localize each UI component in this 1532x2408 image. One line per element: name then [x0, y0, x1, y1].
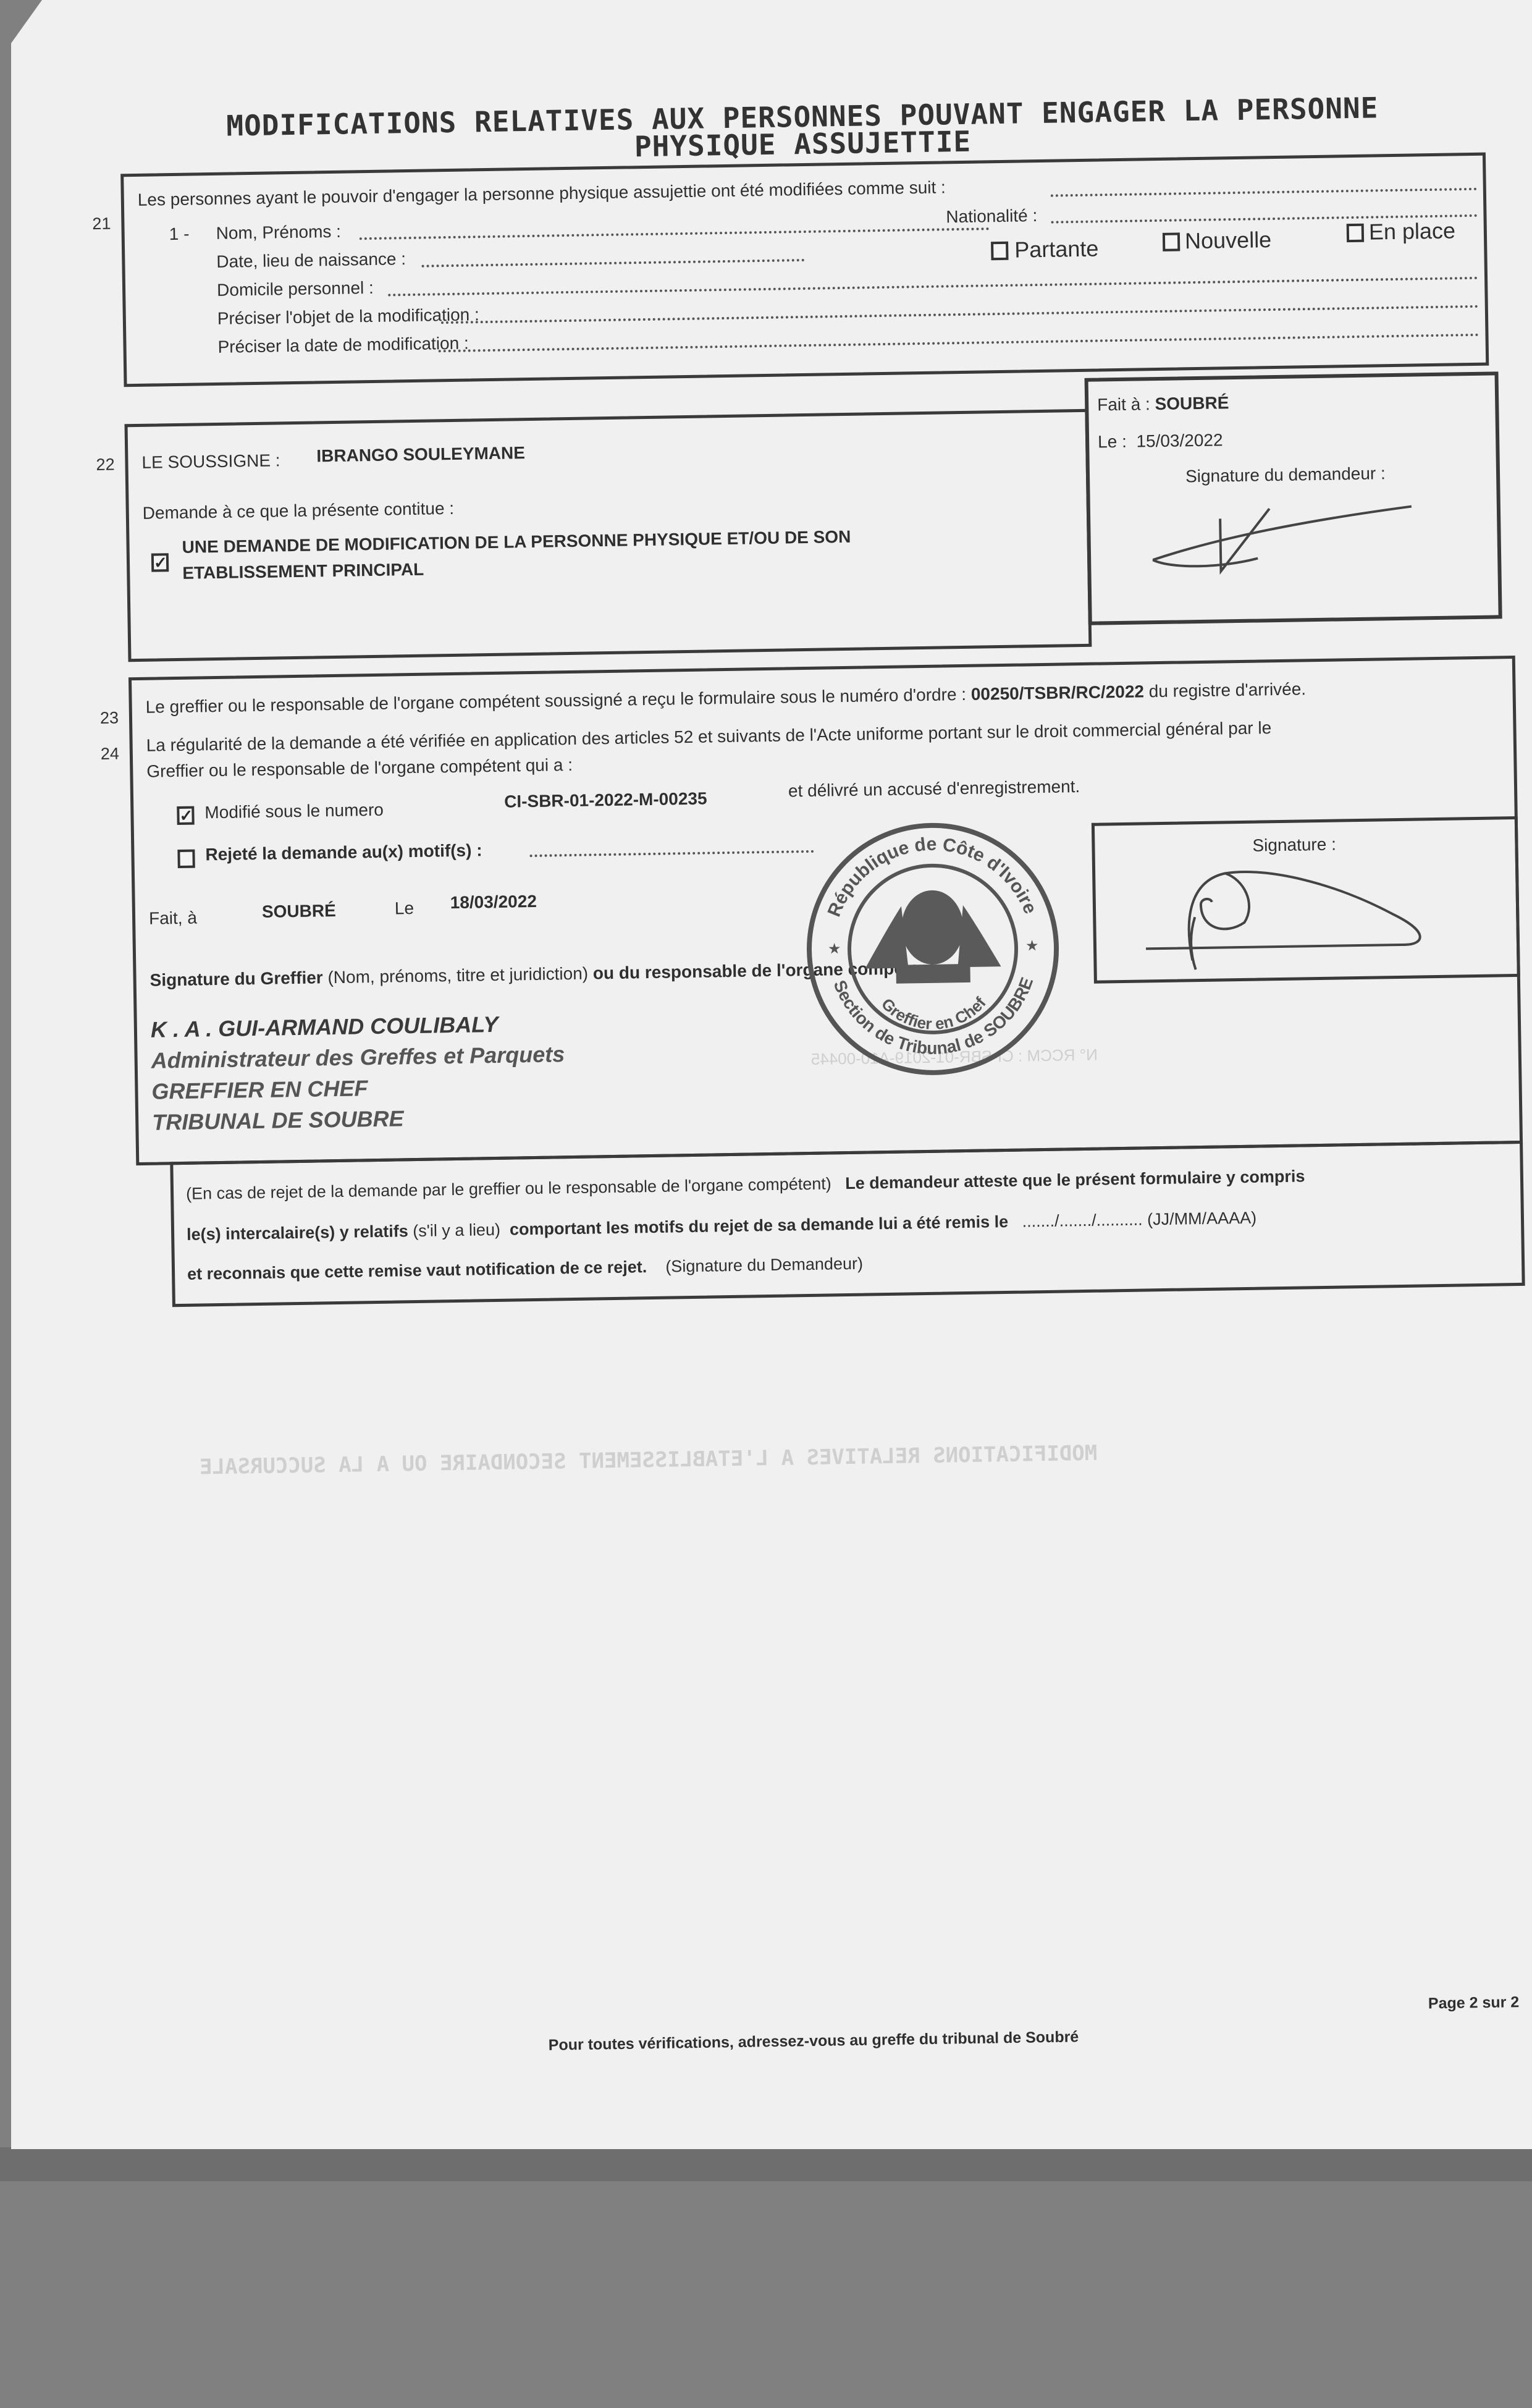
rejet-line-2-normal: (s'il y a lieu)	[413, 1220, 500, 1240]
demande-checkbox[interactable]: ✓	[151, 553, 169, 572]
rejete-label: Rejeté la demande au(x) motif(s) :	[205, 840, 482, 864]
date-naissance-label: Date, lieu de naissance :	[216, 249, 406, 272]
rejet-line-3-bold: et reconnais que cette remise vaut notif…	[187, 1257, 647, 1283]
intro-dots	[1051, 188, 1477, 197]
soussigne-name: IBRANGO SOULEYMANE	[316, 443, 525, 466]
signature-greffier-rest: (Nom, prénoms, titre et juridiction)	[327, 964, 588, 987]
signature-greffier-bold: Signature du Greffier	[149, 968, 322, 989]
fait-a-value: SOUBRÉ	[1155, 393, 1229, 413]
greffier-signature-label: Signature :	[1252, 835, 1336, 856]
rejet-line-1: (En cas de rejet de la demande par le gr…	[186, 1167, 1305, 1203]
greffier-role: GREFFIER EN CHEF	[151, 1075, 368, 1104]
date-naissance-field[interactable]	[422, 259, 805, 268]
greffe-le-label: Le	[395, 898, 415, 918]
en-place-label: En place	[1369, 218, 1456, 245]
rejet-line-2-bold-b: comportant les motifs du rejet de sa dem…	[510, 1212, 1009, 1239]
greffe-fait-a-label: Fait, à	[149, 908, 197, 929]
rejet-line-3-normal: (Signature du Demandeur)	[665, 1254, 863, 1276]
nom-prenoms-label: Nom, Prénoms :	[216, 222, 341, 243]
rejete-checkbox[interactable]	[177, 850, 195, 868]
svg-text:★: ★	[828, 940, 841, 957]
soussigne-label: LE SOUSSIGNE :	[141, 450, 280, 473]
rejet-date-field[interactable]: ......./......./..........	[1022, 1210, 1142, 1231]
section-24-line-1: La régularité de la demande a été vérifi…	[146, 718, 1271, 756]
section-21-intro: Les personnes ayant le pouvoir d'engager…	[138, 177, 946, 210]
signature-greffier	[1132, 856, 1505, 973]
rejet-line-1-bold: Le demandeur atteste que le présent form…	[845, 1167, 1305, 1193]
modifie-label: Modifié sous le numero	[204, 800, 384, 823]
coat-of-arms-icon	[864, 889, 1001, 984]
greffe-le-value: 18/03/2022	[450, 892, 537, 913]
date-modification-label: Préciser la date de modification :	[217, 334, 469, 357]
row-number-23: 23	[100, 708, 119, 727]
section-21-box: Les personnes ayant le pouvoir d'engager…	[120, 153, 1489, 387]
greffier-name: K . A . GUI-ARMAND COULIBALY	[151, 1012, 499, 1043]
form-content: MODIFICATIONS RELATIVES A L'ETABLISSEMEN…	[0, 0, 1532, 2161]
numero-ordre: 00250/TSBR/RC/2022	[971, 682, 1145, 703]
partante-label: Partante	[1014, 235, 1099, 263]
section-23-text: Le greffier ou le responsable de l'organ…	[145, 679, 1306, 717]
nationalite-label: Nationalité :	[946, 206, 1037, 227]
modifie-checkbox[interactable]: ✓	[177, 806, 194, 825]
le-date: Le : 15/03/2022	[1098, 430, 1223, 452]
rejet-line-1-normal: (En cas de rejet de la demande par le gr…	[186, 1174, 831, 1202]
demande-label: Demande à ce que la présente contitue :	[143, 499, 455, 523]
row-number-24: 24	[101, 744, 120, 763]
le-value: 15/03/2022	[1136, 430, 1223, 450]
nom-prenoms-field[interactable]	[360, 227, 990, 240]
demande-option-line-1: UNE DEMANDE DE MODIFICATION DE LA PERSON…	[182, 527, 851, 557]
footer-verification: Pour toutes vérifications, adressez-vous…	[549, 2028, 1079, 2054]
footer-page-number: Page 2 sur 2	[1428, 1993, 1520, 2013]
section-23-text-after: du registre d'arrivée.	[1148, 679, 1306, 701]
item-number: 1 -	[169, 224, 189, 245]
le-label: Le :	[1098, 432, 1127, 452]
demande-option-line-2: ETABLISSEMENT PRINCIPAL	[182, 560, 424, 583]
partante-checkbox[interactable]	[991, 242, 1008, 260]
accuse-text: et délivré un accusé d'enregistrement.	[788, 777, 1080, 801]
rejet-line-2-bold-a: le(s) intercalaire(s) y relatifs	[187, 1222, 408, 1244]
objet-modification-label: Préciser l'objet de la modification :	[217, 305, 479, 329]
rejet-notice-box: (En cas de rejet de la demande par le gr…	[170, 1141, 1525, 1307]
en-place-checkbox[interactable]	[1347, 224, 1364, 242]
objet-modification-field[interactable]	[441, 305, 1479, 324]
svg-text:★: ★	[1025, 937, 1039, 954]
signature-demandeur-label: Signature du demandeur :	[1185, 463, 1386, 486]
greffe-fait-a-value: SOUBRÉ	[262, 901, 336, 922]
domicile-field[interactable]	[388, 277, 1478, 297]
nouvelle-checkbox[interactable]	[1163, 232, 1180, 251]
official-stamp: République de Côte d'Ivoire Section de T…	[801, 817, 1065, 1081]
row-number-22: 22	[96, 455, 115, 475]
svg-text:Greffier en Chef: Greffier en Chef	[878, 993, 990, 1034]
fait-a-label: Fait à : SOUBRÉ	[1097, 393, 1229, 415]
modifie-numero: CI-SBR-01-2022-M-00235	[504, 789, 707, 812]
ghost-heading: MODIFICATIONS RELATIVES A L'ETABLISSEMEN…	[200, 1441, 1098, 1480]
rejete-motifs-field[interactable]	[530, 850, 814, 857]
nouvelle-label: Nouvelle	[1185, 227, 1272, 254]
date-modification-field[interactable]	[439, 334, 1479, 352]
greffier-title: Administrateur des Greffes et Parquets	[151, 1041, 565, 1074]
signature-demandeur	[1146, 500, 1432, 609]
fait-a-label-text: Fait à :	[1097, 394, 1150, 414]
fait-a-box: Fait à : SOUBRÉ Le : 15/03/2022 Signatur…	[1085, 371, 1502, 625]
greffier-signature-box: Signature :	[1092, 816, 1520, 984]
domicile-label: Domicile personnel :	[217, 278, 374, 300]
section-22-box: LE SOUSSIGNE : IBRANGO SOULEYMANE Demand…	[125, 409, 1092, 662]
stamp-inner-text: Greffier en Chef	[878, 993, 990, 1034]
rejet-line-3: et reconnais que cette remise vaut notif…	[187, 1254, 863, 1284]
rejet-line-2: le(s) intercalaire(s) y relatifs (s'il y…	[187, 1209, 1257, 1244]
greffier-court: TRIBUNAL DE SOUBRE	[152, 1105, 404, 1135]
row-number-21: 21	[92, 214, 111, 234]
section-24-line-2: Greffier ou le responsable de l'organe c…	[146, 755, 573, 782]
rejet-date-format: (JJ/MM/AAAA)	[1147, 1209, 1256, 1229]
section-23-text-before: Le greffier ou le responsable de l'organ…	[145, 685, 966, 717]
